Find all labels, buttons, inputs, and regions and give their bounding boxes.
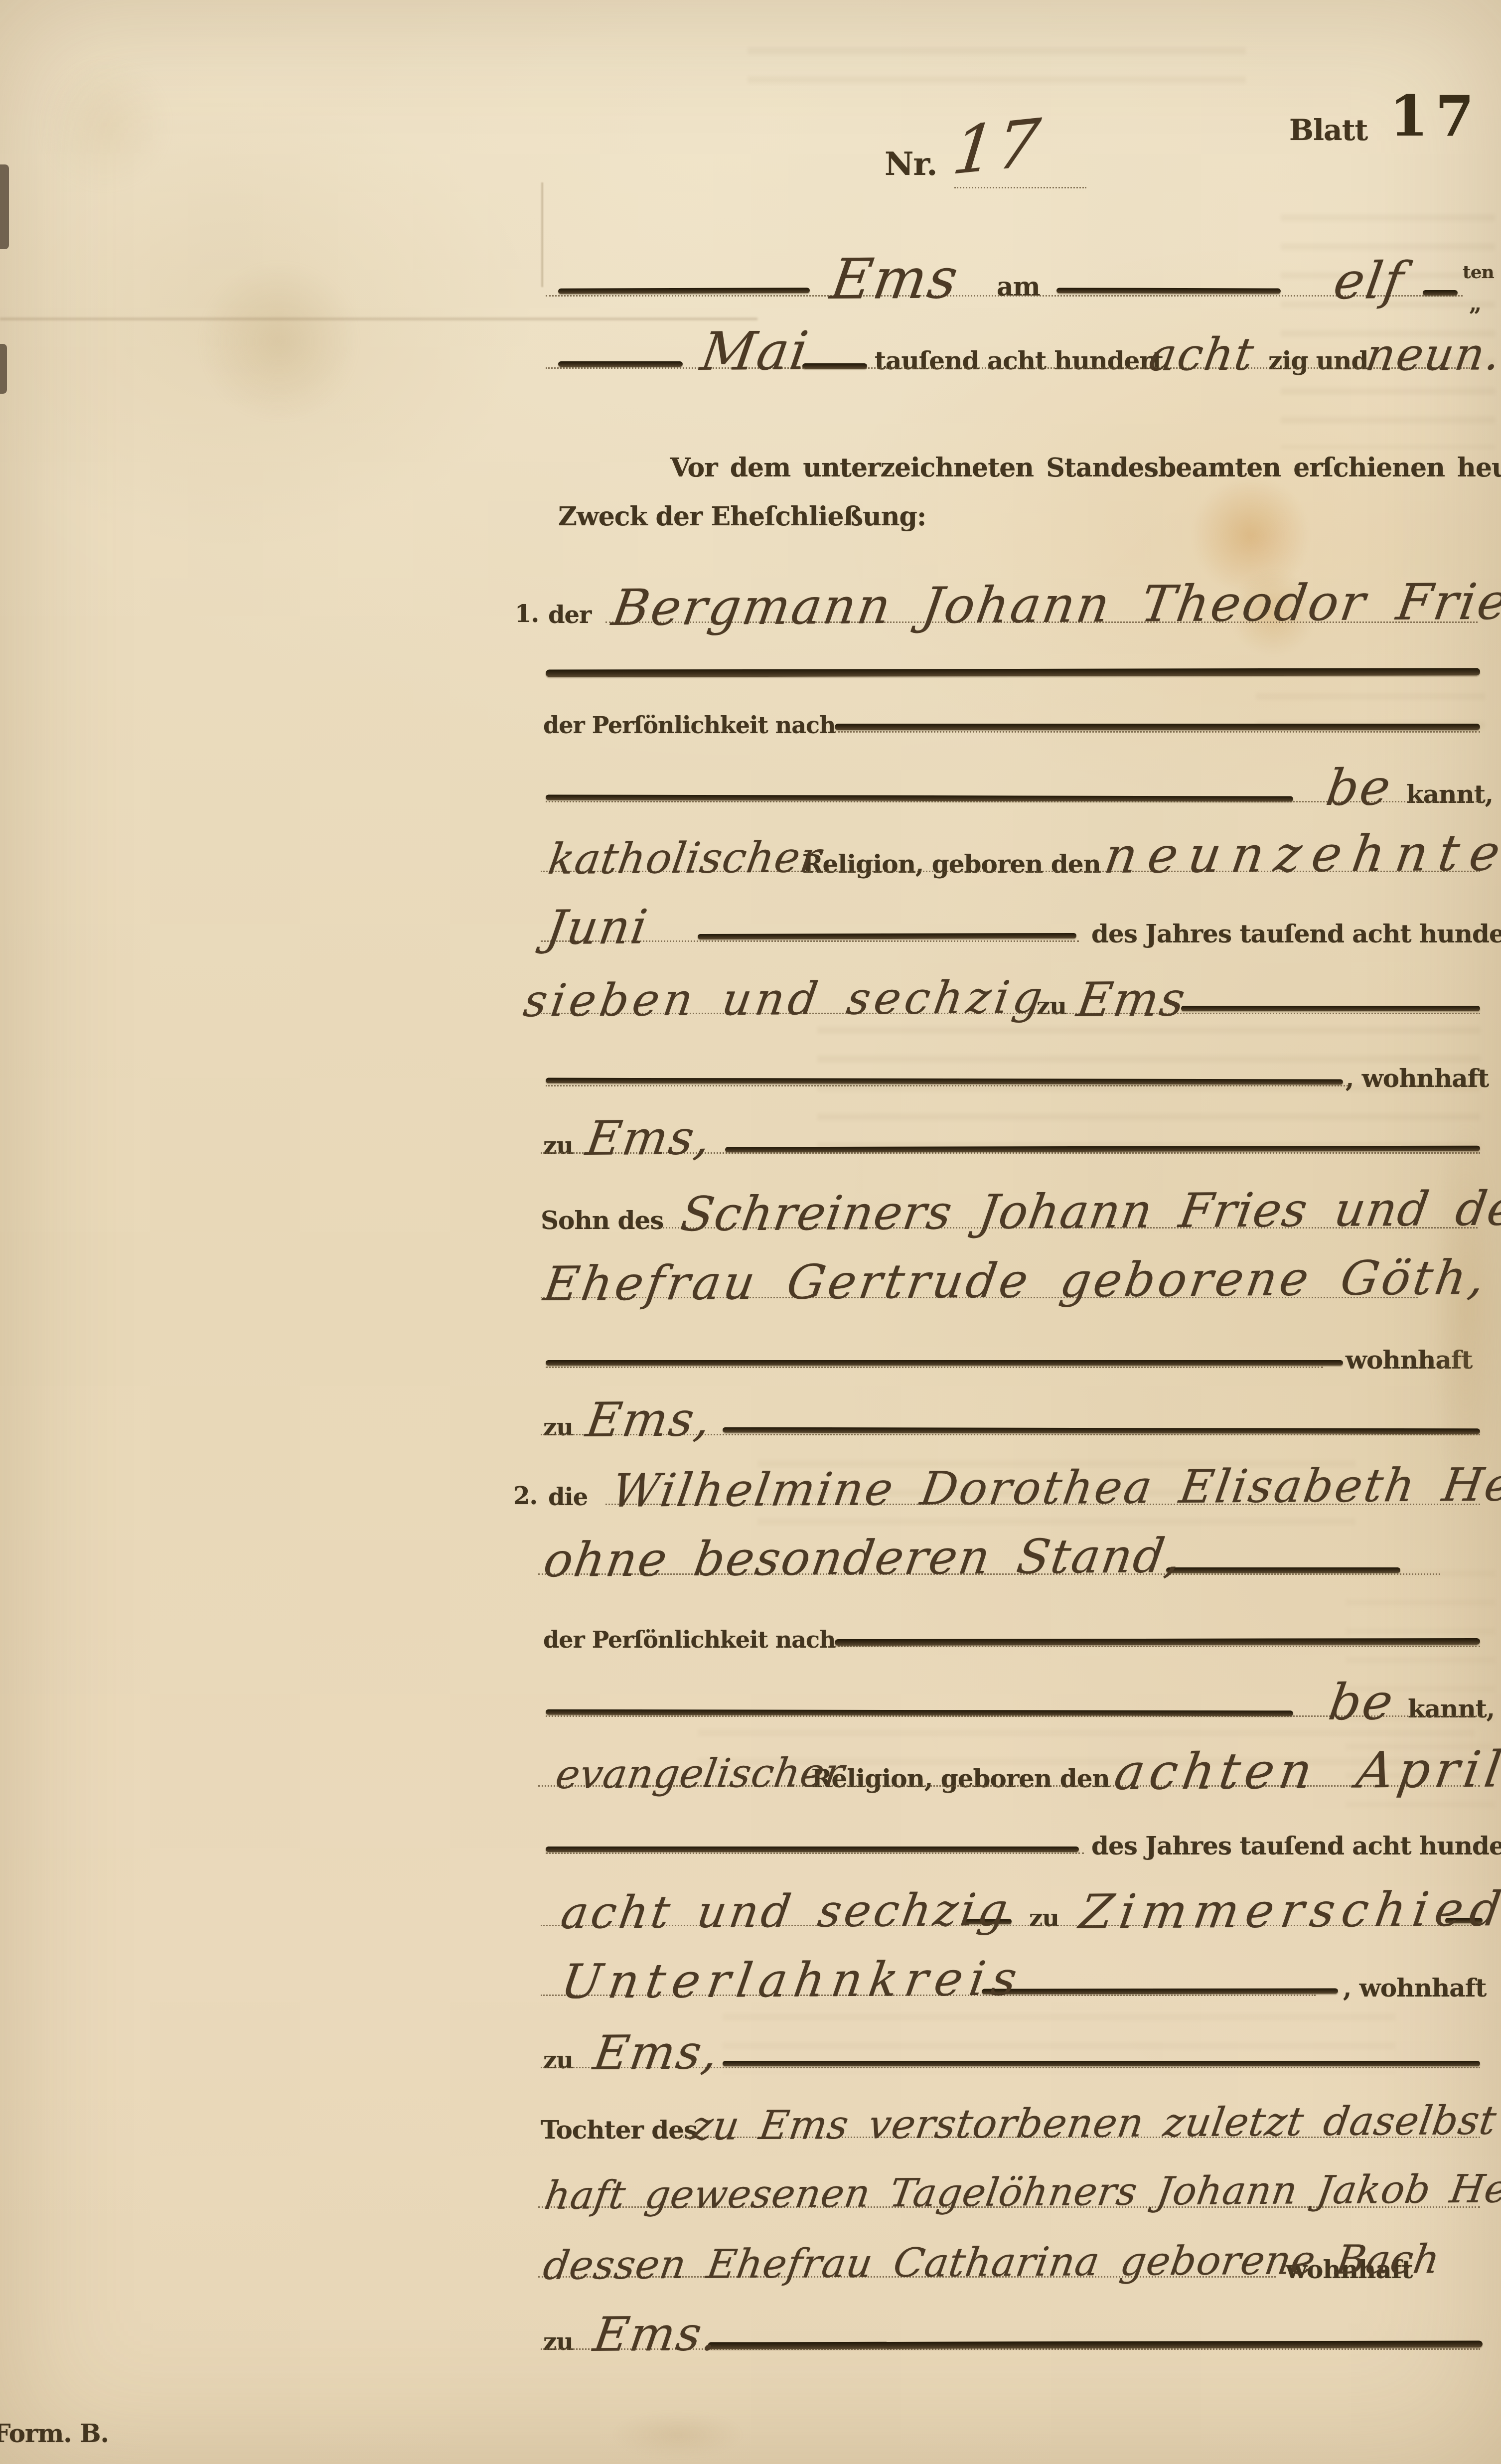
groom-birth-day-entry: neunzehnten xyxy=(1101,828,1501,881)
bride-year-label: des Jahres tauſend acht hundert xyxy=(1091,1834,1501,1858)
groom-residence-entry: Ems, xyxy=(583,1114,715,1163)
bride-residence-entry: Ems, xyxy=(591,2029,723,2077)
ink-strike-bar xyxy=(1166,1567,1400,1573)
groom-name-entry: Bergmann Johann Theodor Fries, xyxy=(609,577,1501,633)
groom-index: 1. xyxy=(515,602,539,626)
groom-birth-place-entry: Ems xyxy=(1074,976,1190,1024)
intro-line-1: Vor dem unterzeichneten Standesbeamten e… xyxy=(670,455,1501,481)
bride-zu3-label: zu xyxy=(543,2330,573,2354)
bride-stand-entry: ohne besonderen Stand, xyxy=(541,1533,1186,1584)
ink-strike-bar xyxy=(835,1638,1480,1646)
ink-strike-bar xyxy=(725,1146,1480,1153)
ink-strike-bar xyxy=(1181,1006,1480,1011)
groom-birth-year-entry: sieben und sechzig xyxy=(521,975,1049,1024)
groom-personality-label: der Perſönlichkeit nach xyxy=(543,714,835,737)
day-entry: elf xyxy=(1331,256,1408,307)
record-number-value: 17 xyxy=(949,110,1045,184)
page-edge-mark xyxy=(0,344,7,394)
registry-place-entry: Ems xyxy=(827,251,963,308)
dotted-rule xyxy=(546,1085,1348,1086)
blatt-label: Blatt xyxy=(1289,116,1367,145)
dotted-rule xyxy=(835,731,1480,733)
bride-father-entry-1: zu Ems verstorbenen zuletzt daselbst woh… xyxy=(689,2100,1501,2146)
bride-religion-entry: evangelischer xyxy=(553,1753,847,1795)
page-edge-mark xyxy=(0,164,9,249)
bride-zu-label: zu xyxy=(1029,1906,1059,1930)
bride-birth-place-entry: Zimmerschied xyxy=(1076,1886,1501,1936)
year-tens-entry: acht xyxy=(1146,332,1258,378)
groom-kannt-label: kannt, xyxy=(1406,782,1493,807)
intro-line-2: Zweck der Eheſchließung: xyxy=(558,504,926,530)
ink-strike-bar xyxy=(546,1078,1343,1085)
bride-district-entry: Unterlahnkreis xyxy=(558,1956,1027,2006)
record-number-label: Nr. xyxy=(885,149,937,180)
ink-strike-bar xyxy=(723,1427,1480,1434)
ink-strike-bar xyxy=(546,668,1480,677)
ink-strike-bar xyxy=(558,288,810,294)
ink-strike-bar xyxy=(546,1847,1079,1852)
ink-strike-bar xyxy=(723,2061,1480,2066)
dotted-rule xyxy=(835,1646,1480,1647)
ink-strike-bar xyxy=(698,933,1076,939)
groom-zu3-label: zu xyxy=(543,1415,573,1439)
groom-parents-residence-entry: Ems, xyxy=(583,1396,715,1444)
bleed-through-text xyxy=(748,47,1246,87)
groom-religion-label: Religion, geboren den xyxy=(802,852,1101,877)
dotted-rule xyxy=(546,1367,1323,1368)
dotted-rule xyxy=(546,367,1470,369)
groom-mother-entry: Ehefrau Gertrude geborene Göth, beide xyxy=(541,1253,1501,1308)
bride-wohnhaft-label: , wohnhaft xyxy=(1343,1976,1486,2001)
form-designation-label: Form. B. xyxy=(0,2421,109,2446)
paper-stain xyxy=(30,60,179,189)
bride-name-entry: Wilhelmine Dorothea Elisabeth Hehner xyxy=(609,1461,1501,1514)
groom-year-label: des Jahres tauſend acht hundert xyxy=(1091,922,1501,946)
groom-father-entry: Schreiners Johann Fries und dessen xyxy=(678,1185,1501,1238)
year-ones-entry: neun. xyxy=(1363,332,1501,378)
groom-son-label: Sohn des xyxy=(541,1208,664,1233)
paper-stain xyxy=(1430,1121,1501,1500)
ink-strike-bar xyxy=(546,1360,1343,1366)
bride-birth-year-entry: acht und sechzig xyxy=(558,1888,1013,1936)
ink-strike-bar xyxy=(982,1988,1338,1994)
bride-mother-entry: dessen Ehefrau Catharina geborene Bach xyxy=(541,2239,1443,2286)
marriage-record-page: Blatt 17 Nr. 17 Ems am elf ten „ Mai tau… xyxy=(0,0,1501,2464)
groom-be-entry: be xyxy=(1323,763,1395,813)
bride-father-entry-2: haft gewesenen Tagelöhners Johann Jakob … xyxy=(542,2168,1501,2215)
ink-strike-bar xyxy=(1423,290,1458,296)
bride-be-entry: be xyxy=(1326,1677,1397,1727)
ink-strike-bar xyxy=(835,724,1480,730)
bride-birth-day-entry: achten April xyxy=(1111,1745,1501,1797)
groom-article-label: der xyxy=(548,603,591,627)
ink-strike-bar xyxy=(558,361,683,367)
paper-stain xyxy=(613,2412,743,2457)
dotted-rule xyxy=(546,1852,1084,1854)
paper-crease xyxy=(0,318,757,320)
paper-crease xyxy=(541,182,543,287)
bride-personality-label: der Perſönlichkeit nach xyxy=(543,1628,835,1651)
groom-religion-entry: katholischer xyxy=(546,836,824,881)
bride-residence2-entry: Ems. xyxy=(591,2310,723,2359)
bride-article-label: die xyxy=(548,1485,588,1509)
bride-daughter-label: Tochter des xyxy=(541,2118,697,2143)
ink-strike-bar xyxy=(1056,288,1281,294)
bride-zu2-label: zu xyxy=(543,2048,573,2072)
groom-birth-month-entry: Juni xyxy=(543,904,651,952)
blatt-number: 17 xyxy=(1389,89,1481,145)
groom-zu2-label: zu xyxy=(543,1134,573,1158)
month-entry: Mai xyxy=(698,325,813,378)
dotted-rule xyxy=(546,295,1463,297)
paper-stain xyxy=(189,259,369,424)
tausend-label: tauſend acht hundert xyxy=(875,348,1163,373)
bleed-through-text xyxy=(817,1027,1480,1151)
ink-strike-bar xyxy=(802,363,867,369)
bride-index: 2. xyxy=(513,1484,537,1508)
